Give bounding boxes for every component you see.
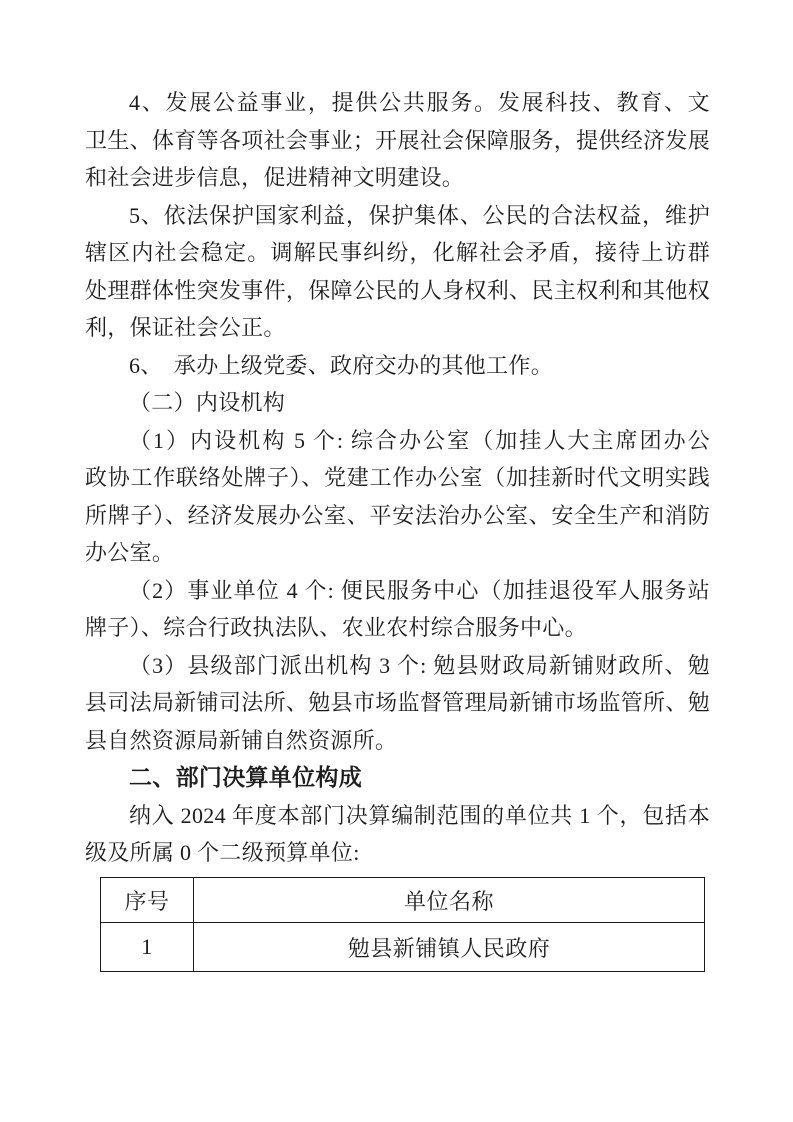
units-table-body: 序号单位名称1勉县新铺镇人民政府 bbox=[101, 878, 705, 972]
table-cell: 1 bbox=[101, 923, 194, 972]
text-line: 办公室。 bbox=[85, 534, 710, 572]
text-line: 纳入 2024 年度本部门决算编制范围的单位共 1 个，包括本 bbox=[85, 797, 710, 835]
section-heading: 二、部门决算单位构成 bbox=[85, 759, 710, 797]
text-line: 4、发展公益事业，提供公共服务。发展科技、教育、文化、 bbox=[85, 84, 710, 122]
text-line: 牌子）、综合行政执法队、农业农村综合服务中心。 bbox=[85, 609, 710, 647]
text-line: （2）事业单位 4 个: 便民服务中心（加挂退役军人服务站 bbox=[85, 572, 710, 610]
document-body: 4、发展公益事业，提供公共服务。发展科技、教育、文化、卫生、体育等各项社会事业；… bbox=[85, 84, 710, 872]
text-line: 5、依法保护国家利益，保护集体、公民的合法权益，维护 bbox=[85, 197, 710, 235]
text-line: 卫生、体育等各项社会事业；开展社会保障服务，提供经济发展 bbox=[85, 122, 710, 160]
paragraph: （2）事业单位 4 个: 便民服务中心（加挂退役军人服务站牌子）、综合行政执法队… bbox=[85, 572, 710, 647]
table-cell: 勉县新铺镇人民政府 bbox=[194, 923, 705, 972]
sub-section-heading: （二）内设机构 bbox=[85, 384, 710, 422]
paragraph: 纳入 2024 年度本部门决算编制范围的单位共 1 个，包括本级及所属 0 个二… bbox=[85, 797, 710, 872]
text-line: 利，保证社会公正。 bbox=[85, 309, 710, 347]
text-line: （二）内设机构 bbox=[85, 384, 710, 422]
paragraph: 6、 承办上级党委、政府交办的其他工作。 bbox=[85, 347, 710, 385]
text-line: 所牌子）、经济发展办公室、平安法治办公室、安全生产和消防 bbox=[85, 497, 710, 535]
text-line: （1）内设机构 5 个: 综合办公室（加挂人大主席团办公室、 bbox=[85, 422, 710, 460]
text-line: 处理群体性突发事件，保障公民的人身权利、民主权利和其他权 bbox=[85, 272, 710, 310]
text-line: 县自然资源局新铺自然资源所。 bbox=[85, 722, 710, 760]
text-line: 辖区内社会稳定。调解民事纠纷，化解社会矛盾，接待上访群众， bbox=[85, 234, 710, 272]
paragraph: （3）县级部门派出机构 3 个: 勉县财政局新铺财政所、勉县司法局新铺司法所、勉… bbox=[85, 647, 710, 760]
table-header-cell: 单位名称 bbox=[194, 878, 705, 923]
units-table: 序号单位名称1勉县新铺镇人民政府 bbox=[100, 877, 705, 972]
table-header-row: 序号单位名称 bbox=[101, 878, 705, 923]
paragraph: （1）内设机构 5 个: 综合办公室（加挂人大主席团办公室、政协工作联络处牌子）… bbox=[85, 422, 710, 572]
text-line: 政协工作联络处牌子）、党建工作办公室（加挂新时代文明实践 bbox=[85, 459, 710, 497]
text-line: 和社会进步信息，促进精神文明建设。 bbox=[85, 159, 710, 197]
text-line: 级及所属 0 个二级预算单位: bbox=[85, 834, 710, 872]
text-line: （3）县级部门派出机构 3 个: 勉县财政局新铺财政所、勉 bbox=[85, 647, 710, 685]
paragraph: 4、发展公益事业，提供公共服务。发展科技、教育、文化、卫生、体育等各项社会事业；… bbox=[85, 84, 710, 197]
text-line: 二、部门决算单位构成 bbox=[85, 759, 710, 797]
text-line: 县司法局新铺司法所、勉县市场监督管理局新铺市场监管所、勉 bbox=[85, 684, 710, 722]
document-page: 4、发展公益事业，提供公共服务。发展科技、教育、文化、卫生、体育等各项社会事业；… bbox=[0, 0, 793, 1122]
text-line: 6、 承办上级党委、政府交办的其他工作。 bbox=[85, 347, 710, 385]
table-header-cell: 序号 bbox=[101, 878, 194, 923]
table-row: 1勉县新铺镇人民政府 bbox=[101, 923, 705, 972]
paragraph: 5、依法保护国家利益，保护集体、公民的合法权益，维护辖区内社会稳定。调解民事纠纷… bbox=[85, 197, 710, 347]
